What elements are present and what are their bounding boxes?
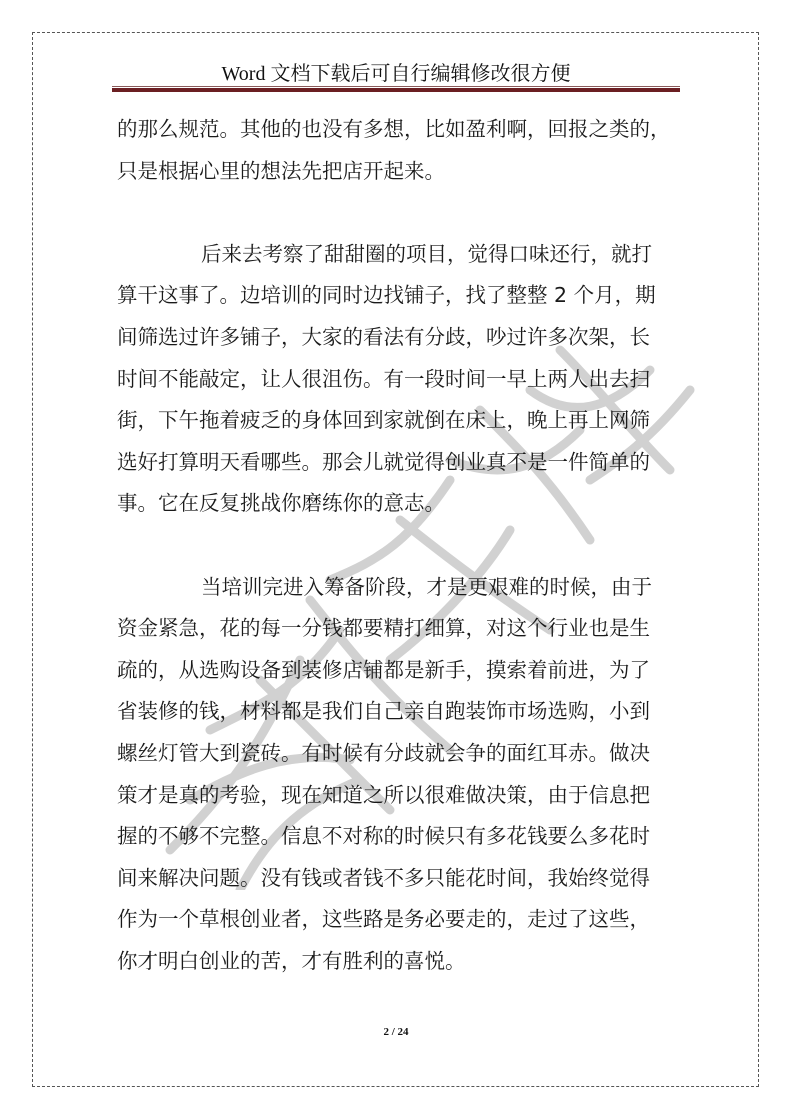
text-line: 算干这事了。边培训的同时边找铺子，找了整整 2 个月，期 (117, 275, 677, 317)
page-number: 2 / 24 (296, 1026, 496, 1038)
text-line: 作为一个草根创业者，这些路是务必要走的，走过了这些， (117, 899, 677, 941)
text-line: 事。它在反复挑战你磨练你的意志。 (117, 483, 677, 525)
text-line: 螺丝灯管大到瓷砖。有时候有分歧就会争的面红耳赤。做决 (117, 733, 677, 775)
paragraph-3: 当培训完进入筹备阶段，才是更艰难的时候，由于 资金紧急，花的每一分钱都要精打细算… (117, 567, 677, 983)
text-line: 只是根据心里的想法先把店开起来。 (117, 151, 677, 193)
text-line: 握的不够不完整。信息不对称的时候只有多花钱要么多花时 (117, 816, 677, 858)
text-line: 的那么规范。其他的也没有多想，比如盈利啊，回报之类的， (117, 109, 677, 151)
text-line: 街，下午拖着疲乏的身体回到家就倒在床上，晚上再上网筛 (117, 400, 677, 442)
header-rule-thin (112, 86, 680, 87)
paragraph-gap (117, 192, 677, 234)
text-line: 间来解决问题。没有钱或者钱不多只能花时间，我始终觉得 (117, 858, 677, 900)
text-line: 间筛选过许多铺子，大家的看法有分歧，吵过许多次架，长 (117, 317, 677, 359)
text-line: 你才明白创业的苦，才有胜利的喜悦。 (117, 941, 677, 983)
header-rule (112, 86, 680, 93)
text-line: 策才是真的考验，现在知道之所以很难做决策，由于信息把 (117, 775, 677, 817)
document-body: 的那么规范。其他的也没有多想，比如盈利啊，回报之类的， 只是根据心里的想法先把店… (117, 109, 677, 982)
text-line: 资金紧急，花的每一分钱都要精打细算，对这个行业也是生 (117, 608, 677, 650)
header-rule-thick (112, 88, 680, 92)
text-line: 疏的，从选购设备到装修店铺都是新手，摸索着前进，为了 (117, 650, 677, 692)
text-line: 时间不能敲定，让人很沮伤。有一段时间一早上两人出去扫 (117, 359, 677, 401)
text-line: 当培训完进入筹备阶段，才是更艰难的时候，由于 (117, 567, 677, 609)
text-line: 省装修的钱，材料都是我们自己亲自跑装饰市场选购，小到 (117, 691, 677, 733)
paragraph-gap (117, 525, 677, 567)
paragraph-2: 后来去考察了甜甜圈的项目，觉得口味还行，就打 算干这事了。边培训的同时边找铺子，… (117, 234, 677, 525)
text-line: 选好打算明天看哪些。那会儿就觉得创业真不是一件简单的 (117, 442, 677, 484)
text-line: 后来去考察了甜甜圈的项目，觉得口味还行，就打 (117, 234, 677, 276)
header-title: Word 文档下载后可自行编辑修改很方便 (112, 61, 680, 87)
paragraph-1: 的那么规范。其他的也没有多想，比如盈利啊，回报之类的， 只是根据心里的想法先把店… (117, 109, 677, 192)
